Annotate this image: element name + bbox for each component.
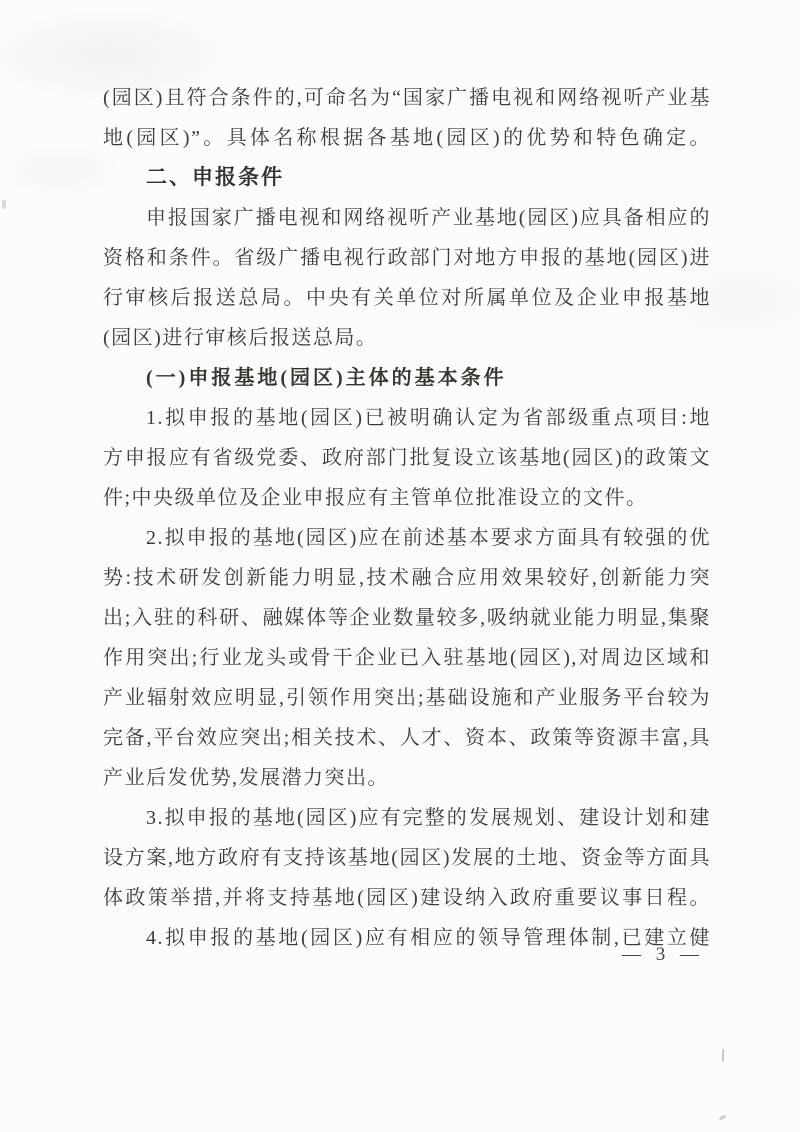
text-line: 3.拟申报的基地(园区)应有完整的发展规划、建设计划和建 [103,798,711,838]
text-line: 2.拟申报的基地(园区)应在前述基本要求方面具有较强的优 [103,518,711,558]
text-line: (园区)进行审核后报送总局。 [103,318,711,358]
subsection-heading: (一)申报基地(园区)主体的基本条件 [103,358,711,398]
text-line: (园区)且符合条件的,可命名为“国家广播电视和网络视听产业基 [103,78,711,118]
text-line: 申报国家广播电视和网络视听产业基地(园区)应具备相应的 [103,198,711,238]
text-line: 地(园区)”。具体名称根据各基地(园区)的优势和特色确定。 [103,118,711,158]
text-line: 4.拟申报的基地(园区)应有相应的领导管理体制,已建立健 [103,918,711,958]
text-line: 产业后发优势,发展潜力突出。 [103,758,711,798]
scan-artifact-dot [719,1115,727,1121]
text-line: 出;入驻的科研、融媒体等企业数量较多,吸纳就业能力明显,集聚 [103,598,711,638]
text-line: 完备,平台效应突出;相关技术、人才、资本、政策等资源丰富,具备 [103,718,711,758]
document-page: (园区)且符合条件的,可命名为“国家广播电视和网络视听产业基地(园区)”。具体名… [0,0,800,1132]
document-body: (园区)且符合条件的,可命名为“国家广播电视和网络视听产业基地(园区)”。具体名… [103,78,711,958]
page-number: — 3 — [622,944,704,966]
scan-artifact-speck [2,200,6,209]
text-line: 势:技术研发创新能力明显,技术融合应用效果较好,创新能力突 [103,558,711,598]
text-line: 设方案,地方政府有支持该基地(园区)发展的土地、资金等方面具 [103,838,711,878]
text-line: 资格和条件。省级广播电视行政部门对地方申报的基地(园区)进 [103,238,711,278]
text-line: 体政策举措,并将支持基地(园区)建设纳入政府重要议事日程。 [103,878,711,918]
text-line: 产业辐射效应明显,引领作用突出;基础设施和产业服务平台较为 [103,678,711,718]
text-line: 1.拟申报的基地(园区)已被明确认定为省部级重点项目:地 [103,398,711,438]
section-heading: 二、申报条件 [103,158,711,198]
text-line: 行审核后报送总局。中央有关单位对所属单位及企业申报基地 [103,278,711,318]
text-line: 作用突出;行业龙头或骨干企业已入驻基地(园区),对周边区域和 [103,638,711,678]
text-line: 件;中央级单位及企业申报应有主管单位批准设立的文件。 [103,478,711,518]
scan-artifact-tick [722,1049,724,1062]
text-line: 方申报应有省级党委、政府部门批复设立该基地(园区)的政策文 [103,438,711,478]
